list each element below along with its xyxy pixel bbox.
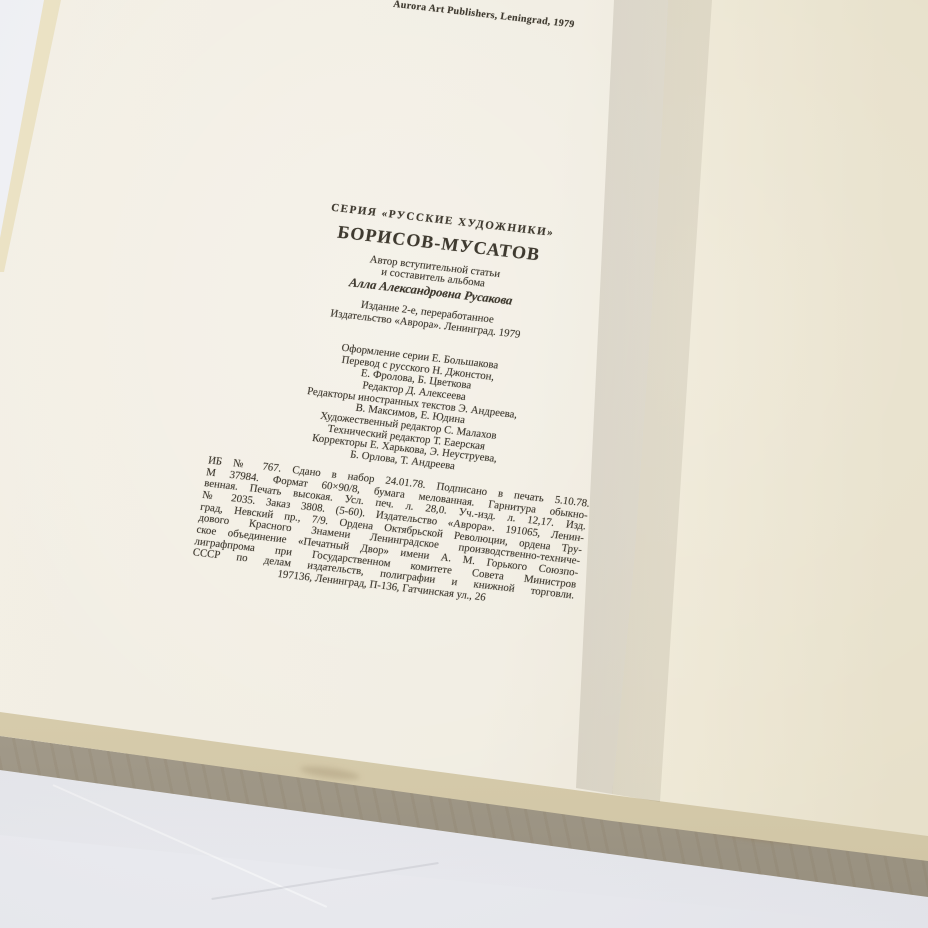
open-book-photo: Aurora Art Publishers, Leningrad, 1979 С… — [0, 0, 928, 928]
colophon-text-block: СЕРИЯ «РУССКИЕ ХУДОЖНИКИ» БОРИСОВ-МУСАТО… — [182, 174, 646, 615]
